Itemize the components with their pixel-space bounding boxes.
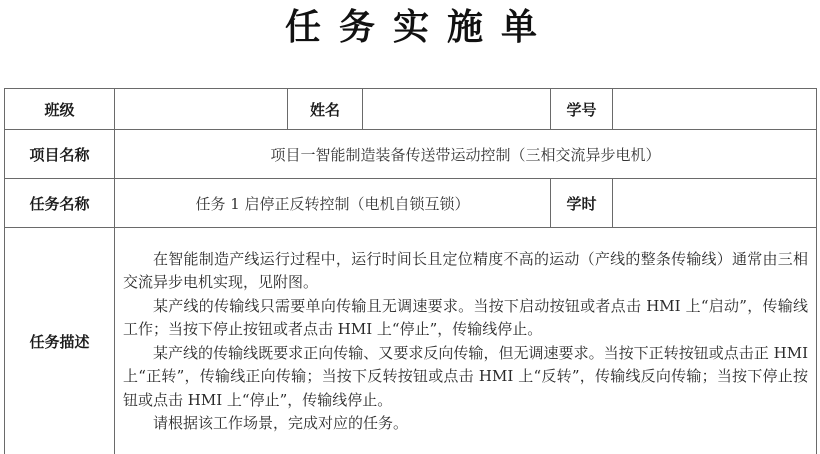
row-task-description: 任务描述 在智能制造产线运行过程中，运行时间长且定位精度不高的运动（产线的整条传… — [5, 228, 817, 454]
hours-field[interactable] — [613, 179, 817, 228]
row-student-info: 班级 姓名 学号 — [5, 89, 817, 130]
hours-label: 学时 — [551, 179, 613, 228]
name-field[interactable] — [363, 89, 551, 130]
student-id-field[interactable] — [613, 89, 817, 130]
task-implementation-table: 班级 姓名 学号 项目名称 项目一智能制造装备传送带运动控制（三相交流异步电机）… — [4, 88, 817, 454]
task-name-label: 任务名称 — [5, 179, 115, 228]
description-paragraph: 在智能制造产线运行过程中，运行时间长且定位精度不高的运动（产线的整条传输线）通常… — [123, 248, 808, 295]
description-paragraph: 某产线的传输线只需要单向传输且无调速要求。当按下启动按钮或者点击 HMI 上“启… — [123, 295, 808, 342]
row-project-name: 项目名称 项目一智能制造装备传送带运动控制（三相交流异步电机） — [5, 130, 817, 179]
document-title: 任务实施单 — [0, 4, 820, 52]
description-paragraph: 某产线的传输线既要求正向传输、又要求反向传输，但无调速要求。当按下正转按钮或点击… — [123, 342, 808, 413]
project-name-label: 项目名称 — [5, 130, 115, 179]
task-description-label: 任务描述 — [5, 228, 115, 454]
class-label: 班级 — [5, 89, 115, 130]
description-paragraph: 请根据该工作场景，完成对应的任务。 — [123, 412, 808, 436]
student-id-label: 学号 — [551, 89, 613, 130]
project-name-value: 项目一智能制造装备传送带运动控制（三相交流异步电机） — [115, 130, 817, 179]
task-name-value: 任务 1 启停正反转控制（电机自锁互锁） — [115, 179, 551, 228]
task-description-content: 在智能制造产线运行过程中，运行时间长且定位精度不高的运动（产线的整条传输线）通常… — [115, 228, 817, 454]
row-task-name: 任务名称 任务 1 启停正反转控制（电机自锁互锁） 学时 — [5, 179, 817, 228]
name-label: 姓名 — [288, 89, 363, 130]
class-field[interactable] — [115, 89, 288, 130]
